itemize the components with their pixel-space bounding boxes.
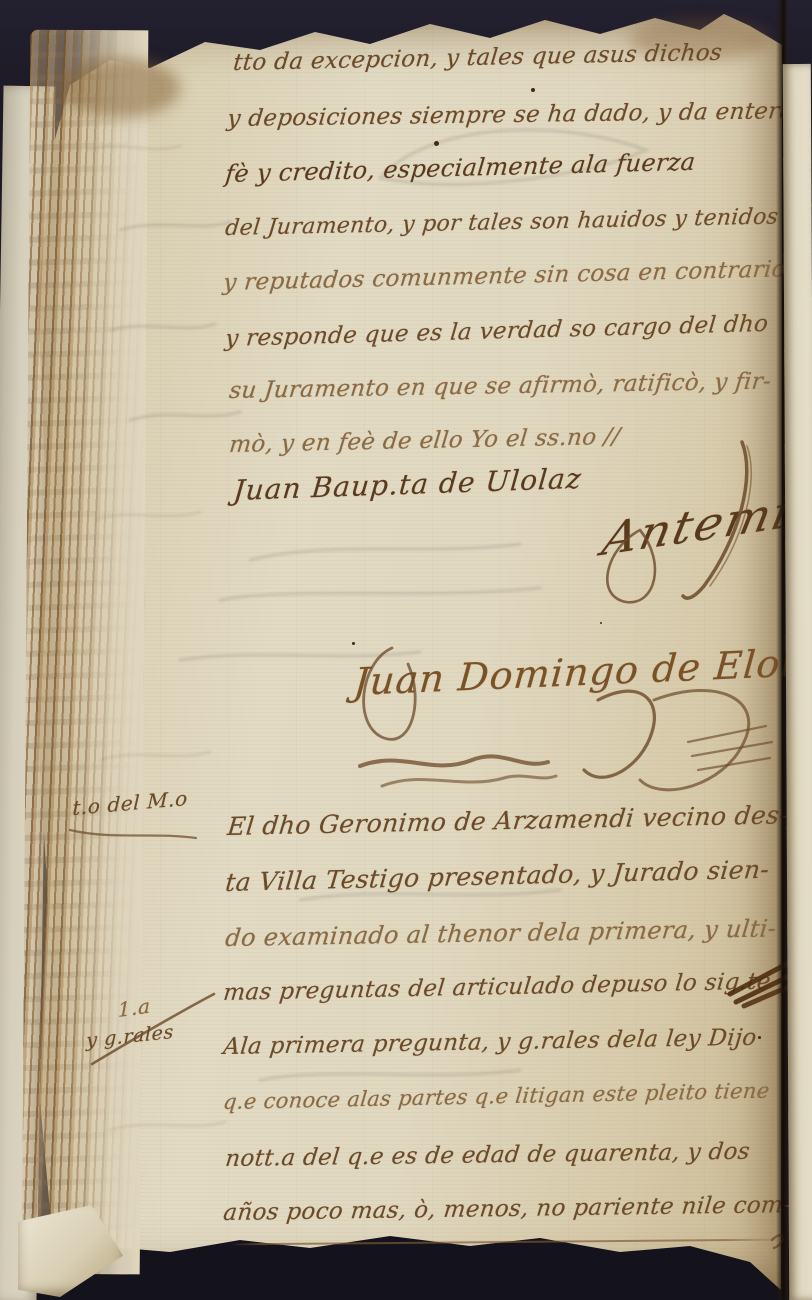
- ink-blot: [434, 141, 439, 146]
- browned-corner-top-left: [60, 58, 180, 118]
- ink-blot: [600, 622, 602, 624]
- ink-blot: [352, 642, 355, 645]
- ink-blot: [758, 1036, 761, 1039]
- ink-blot: [531, 88, 535, 92]
- manuscript-photo: tto da excepcion, y tales que asus dicho…: [0, 0, 812, 1300]
- margin-note-question-number: 1.a: [118, 994, 151, 1022]
- binding-deckle-edge: [22, 30, 149, 1275]
